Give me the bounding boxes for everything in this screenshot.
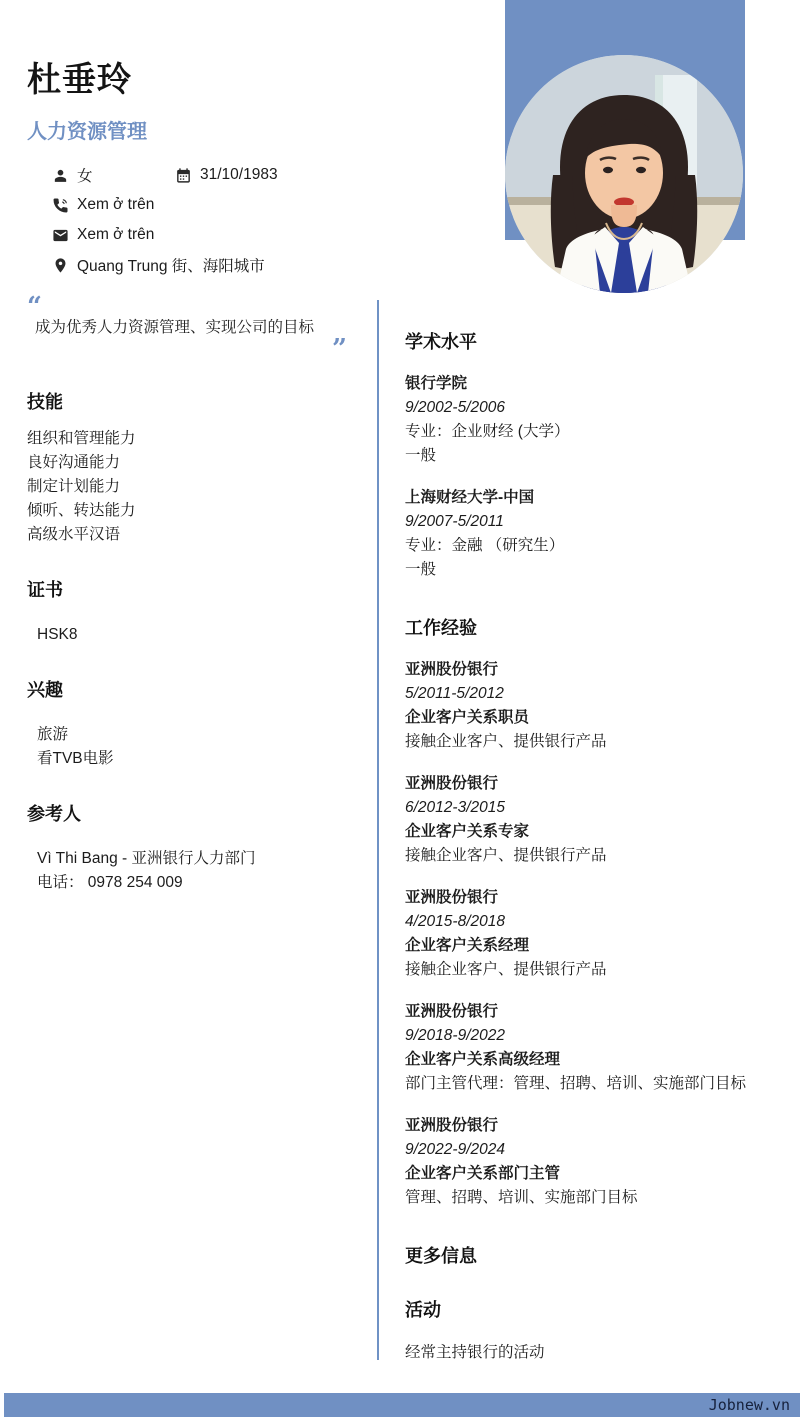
company-name: 亚洲股份银行 [405,1000,753,1024]
gender-value: 女 [77,164,93,186]
profile-photo [505,55,743,293]
skill-item: 制定计划能力 [27,475,359,499]
experience-title: 企业客户关系职员 [405,706,753,730]
references-list: Vì Thi Bang - 亚洲银行人力部门 电话： 0978 254 009 [37,847,359,895]
reference-phone: 电话： 0978 254 009 [37,871,359,895]
skill-item: 高级水平汉语 [27,523,359,547]
location-pin-icon [52,257,69,274]
education-grade: 一般 [405,558,753,582]
school-name: 上海财经大学-中国 [405,486,753,510]
experience-period: 9/2022-9/2024 [405,1138,753,1162]
education-major: 专业：金融 （研究生） [405,534,753,558]
experience-period: 4/2015-8/2018 [405,910,753,934]
references-heading: 参考人 [27,800,359,826]
experience-desc: 管理、招聘、培训、实施部门目标 [405,1186,753,1210]
contact-row-phone: Xem ở trên [52,190,487,220]
experience-period: 6/2012-3/2015 [405,796,753,820]
company-name: 亚洲股份银行 [405,886,753,910]
quote-open-mark: “ [27,300,359,314]
experience-title: 企业客户关系高级经理 [405,1048,753,1072]
experience-entry: 亚洲股份银行 6/2012-3/2015 企业客户关系专家 接触企业客户、提供银… [405,772,753,868]
skill-item: 组织和管理能力 [27,427,359,451]
experience-entry: 亚洲股份银行 5/2011-5/2012 企业客户关系职员 接触企业客户、提供银… [405,658,753,754]
gender-item: 女 [52,164,175,186]
address-value: Quang Trung 街、海阳城市 [77,254,265,276]
experience-title: 企业客户关系专家 [405,820,753,844]
contact-info: 女 31/10/1983 Xem ở trên [52,160,487,280]
contact-row-address: Quang Trung 街、海阳城市 [52,250,487,280]
company-name: 亚洲股份银行 [405,772,753,796]
contact-row-gender-birthday: 女 31/10/1983 [52,160,487,190]
education-grade: 一般 [405,444,753,468]
email-item: Xem ở trên [52,226,154,244]
experience-desc: 接触企业客户、提供银行产品 [405,844,753,868]
candidate-name: 杜垂玲 [27,52,487,101]
footer-brand: Jobnew.vn [709,1396,790,1414]
skills-list: 组织和管理能力 良好沟通能力 制定计划能力 倾听、转达能力 高级水平汉语 [27,427,359,547]
education-major: 专业：企业财经 (大学） [405,420,753,444]
right-column: 学术水平 银行学院 9/2002-5/2006 专业：企业财经 (大学） 一般 … [405,300,753,1365]
email-value: Xem ở trên [77,226,154,244]
experience-desc: 部门主管代理：管理、招聘、培训、实施部门目标 [405,1072,753,1096]
education-period: 9/2002-5/2006 [405,396,753,420]
column-divider [377,300,379,1360]
envelope-icon [52,227,69,244]
left-column: “ 成为优秀人力资源管理、实现公司的目标 ” 技能 组织和管理能力 良好沟通能力… [27,300,359,895]
certificates-list: HSK8 [37,623,359,647]
interests-heading: 兴趣 [27,676,359,702]
resume-page: 杜垂玲 人力资源管理 女 31/10/1983 [0,0,800,1417]
experience-title: 企业客户关系经理 [405,934,753,958]
activities-text: 经常主持银行的活动 [405,1341,753,1365]
phone-item: Xem ở trên [52,196,154,214]
calendar-icon [175,167,192,184]
experience-entry: 亚洲股份银行 9/2022-9/2024 企业客户关系部门主管 管理、招聘、培训… [405,1114,753,1210]
skill-item: 良好沟通能力 [27,451,359,475]
phone-icon [52,197,69,214]
company-name: 亚洲股份银行 [405,1114,753,1138]
certificate-item: HSK8 [37,623,359,647]
experience-title: 企业客户关系部门主管 [405,1162,753,1186]
interest-item: 看TVB电影 [37,747,359,771]
career-objective-quote: 成为优秀人力资源管理、实现公司的目标 [35,316,359,339]
education-entry: 银行学院 9/2002-5/2006 专业：企业财经 (大学） 一般 [405,372,753,468]
interests-list: 旅游 看TVB电影 [37,723,359,771]
experience-entry: 亚洲股份银行 9/2018-9/2022 企业客户关系高级经理 部门主管代理：管… [405,1000,753,1096]
contact-row-email: Xem ở trên [52,220,487,250]
activities-heading: 活动 [405,1296,753,1322]
candidate-job-title: 人力资源管理 [27,115,487,144]
interest-item: 旅游 [37,723,359,747]
school-name: 银行学院 [405,372,753,396]
phone-value: Xem ở trên [77,196,154,214]
skill-item: 倾听、转达能力 [27,499,359,523]
experience-entry: 亚洲股份银行 4/2015-8/2018 企业客户关系经理 接触企业客户、提供银… [405,886,753,982]
certificates-heading: 证书 [27,576,359,602]
quote-close-mark: ” [27,339,347,359]
identity-block: 杜垂玲 人力资源管理 女 31/10/1983 [27,52,487,280]
footer-bar: Jobnew.vn [4,1393,800,1417]
address-item: Quang Trung 街、海阳城市 [52,254,265,276]
person-icon [52,167,69,184]
experience-desc: 接触企业客户、提供银行产品 [405,958,753,982]
skills-heading: 技能 [27,388,359,414]
profile-photo-illustration [505,55,743,293]
experience-heading: 工作经验 [405,614,753,640]
company-name: 亚洲股份银行 [405,658,753,682]
education-entry: 上海财经大学-中国 9/2007-5/2011 专业：金融 （研究生） 一般 [405,486,753,582]
education-heading: 学术水平 [405,328,753,354]
more-info-heading: 更多信息 [405,1242,753,1268]
experience-period: 5/2011-5/2012 [405,682,753,706]
experience-period: 9/2018-9/2022 [405,1024,753,1048]
birthday-item: 31/10/1983 [175,166,278,184]
birthday-value: 31/10/1983 [200,166,278,184]
experience-desc: 接触企业客户、提供银行产品 [405,730,753,754]
education-period: 9/2007-5/2011 [405,510,753,534]
reference-name: Vì Thi Bang - 亚洲银行人力部门 [37,847,359,871]
